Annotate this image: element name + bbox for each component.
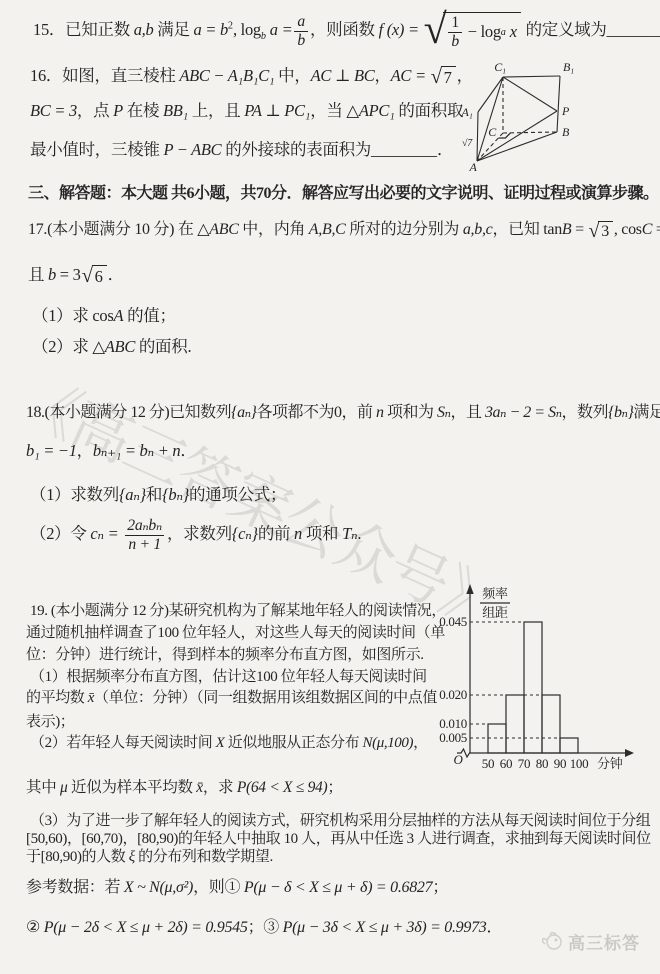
math-run: {aₙ} <box>119 485 146 504</box>
text-run: 满足 <box>153 20 193 39</box>
math-run: P(μ − δ < X ≤ μ + δ) = 0.6827 <box>244 879 432 896</box>
math-run: ABC <box>209 221 238 238</box>
text-run: （单位：分钟）（同一组数据用该组数据区间的中点值 <box>94 690 437 706</box>
q19-line6: 表示)； <box>26 710 74 731</box>
text-run: （2）令 <box>30 524 90 543</box>
bar-70-80 <box>524 622 542 753</box>
q15-line: 15．已知正数 a,b 满足 a = b2, logb a =ab，则函数 f … <box>33 12 660 50</box>
bar-80-90 <box>542 695 560 753</box>
math-run: BB₁ <box>163 101 188 120</box>
q19-line7: （2）若年轻人每天阅读时间 X 近似地服从正态分布 N(μ,100)， <box>30 731 428 752</box>
text-run: 的定义域为 <box>522 20 607 39</box>
prism-figure: C₁ B₁ A₁ P C B A √7 <box>450 58 580 173</box>
ref-line2: ② P(μ − 2δ < X ≤ μ + 2δ) = 0.9545；③ P(μ … <box>26 914 502 937</box>
section-header: 三、解答题：本大题 共6小题，共70分．解答应写出必要的文字说明、证明过程或演算… <box>28 180 659 203</box>
text-run: （2）若年轻人每天阅读时间 <box>30 735 216 751</box>
histogram: 频率 组距 0.045 0.020 0.010 0.005 O 50 60 70… <box>437 580 647 780</box>
math-run: A <box>113 306 123 325</box>
answer-blank: ________ <box>607 20 660 39</box>
math-run: b <box>48 265 56 284</box>
footer-watermark-text: 高三标答 <box>568 929 640 954</box>
text-run: ． <box>180 441 196 460</box>
math-run: P − ABC <box>163 140 221 159</box>
math-run: − log <box>464 22 501 42</box>
fraction: 1b <box>448 14 462 50</box>
text-run: ，已知 tan <box>492 221 561 238</box>
math-run: x <box>506 22 517 42</box>
text-run: 17.(本小题满分 10 分) 在 △ <box>28 221 209 238</box>
text-run: （1）求数列 <box>30 485 119 504</box>
edge-c1a <box>477 77 503 161</box>
math-run: a = b <box>194 20 228 39</box>
y-axis-title-num: 频率 <box>482 586 508 601</box>
frac-num: 1 <box>448 14 462 32</box>
text-run: （2）求 △ <box>32 337 105 356</box>
x-tick-60: 60 <box>500 756 512 771</box>
text-run: 中，内角 <box>239 221 309 238</box>
math-run: P(μ − 3δ < X ≤ μ + 3δ) = 0.9973 <box>283 919 487 936</box>
text-run: 于[80,90)的人数 <box>26 849 129 865</box>
sqrt: √3 <box>589 221 613 241</box>
math-run: P(μ − 2δ < X ≤ μ + 2δ) = 0.9545 <box>44 919 248 936</box>
q19-line8: 其中 μ 近似为样本平均数 x̄，求 P(64 < X ≤ 94)； <box>26 775 343 797</box>
text-run: ，求 <box>203 779 237 796</box>
text-run: ，点 <box>77 101 113 120</box>
q18-line2: b₁ = −1，bₙ₊₁ = bₙ + n． <box>26 437 197 461</box>
x-tick-100: 100 <box>570 756 589 771</box>
q16-line1: 16．如图，直三棱柱 ABC − A₁B₁C₁ 中，AC ⊥ BC，AC = √… <box>30 62 473 88</box>
text-run: 满足 <box>633 404 660 421</box>
text-run: ，则① <box>193 879 244 896</box>
publisher-logo-icon <box>538 928 568 954</box>
text-run: 各项都不为0，前 <box>256 404 376 421</box>
text-run: ，求数列 <box>167 524 232 543</box>
math-run: b₁ = −1 <box>26 441 77 460</box>
q18-line1: 18.(本小题满分 12 分)已知数列{aₙ}各项都不为0，前 n 项和为 Sₙ… <box>26 399 660 422</box>
math-run: Tₙ <box>342 524 357 543</box>
text-run: = <box>652 221 660 238</box>
text-run: 18.(本小题满分 12 分)已知数列 <box>26 404 231 421</box>
text-run: 项和 <box>302 524 342 543</box>
math-run: n <box>294 524 302 543</box>
exam-page: 《高三答案公众号》 15．已知正数 a,b 满足 a = b2, logb a … <box>0 0 660 974</box>
text-run: 的值； <box>123 306 175 325</box>
fraction: ab <box>294 13 308 49</box>
text-run: 中， <box>274 66 310 85</box>
text-run: 最小值时，三棱锥 <box>30 140 163 159</box>
text-run: 且 <box>28 265 48 284</box>
text-run: = <box>571 221 587 238</box>
vertex-label-c1: C₁ <box>494 60 506 74</box>
text-run: 近似地服从正态分布 <box>224 735 362 751</box>
x-tick-90: 90 <box>554 756 566 771</box>
edge-a1c1 <box>478 77 503 112</box>
text-run: ． <box>108 265 124 284</box>
q17-line1: 17.(本小题满分 10 分) 在 △ABC 中，内角 A,B,C 所对的边分别… <box>28 213 660 248</box>
q18-item1: （1）求数列{aₙ}和{bₙ}的通项公式； <box>30 481 286 505</box>
math-run: AC ⊥ BC <box>311 66 375 85</box>
text-run: 的分布列和数学期望. <box>135 849 273 865</box>
math-run: PA ⊥ PC₁ <box>244 101 310 120</box>
vertex-label-a1: A₁ <box>461 105 473 119</box>
y-tick-0010: 0.010 <box>439 716 467 731</box>
vertex-label-a: A <box>468 160 477 174</box>
math-run: X ~ N(μ,σ²) <box>124 879 193 896</box>
radicand: 1b − loga x <box>443 12 520 50</box>
text-run: 近似为样本平均数 <box>67 779 196 796</box>
text-run: ，当 △ <box>310 101 359 120</box>
q19-line2: 通过随机抽样调查了100 位年轻人，对这些人每天的阅读时间（单 <box>26 621 445 642</box>
math-run: BC = 3 <box>30 101 77 120</box>
vertex-label-p: P <box>561 104 570 118</box>
text-run: , cos <box>614 221 642 238</box>
math-run: {bₙ} <box>608 404 633 421</box>
text-run: 和 <box>146 485 162 504</box>
math-run: Sₙ <box>437 404 450 421</box>
vertex-label-b: B <box>562 125 570 139</box>
text-run: 所对的边分别为 <box>346 221 463 238</box>
text-run: ，则函数 <box>310 20 379 39</box>
x-axis-arrow <box>625 749 634 757</box>
edge-c1b1 <box>503 76 560 77</box>
text-run: . <box>357 524 361 543</box>
frac-den: b <box>294 31 308 50</box>
q19-line11: 于[80,90)的人数 ξ 的分布列和数学期望. <box>26 845 273 866</box>
text-run: ． <box>486 919 502 936</box>
text-run: ； <box>432 879 448 896</box>
text-run: 16．如图，直三棱柱 <box>30 66 179 85</box>
q17-item1: （1）求 cosA 的值； <box>32 302 176 326</box>
text-run: ； <box>327 779 342 796</box>
text-run: ；③ <box>248 919 283 936</box>
text-run: 的平均数 <box>26 690 88 706</box>
y-tick-0005: 0.005 <box>439 730 467 745</box>
text-run: 15．已知正数 <box>33 20 134 39</box>
frac-num: 2aₙbₙ <box>124 517 165 535</box>
q19-line5: 的平均数 x̄（单位：分钟）（同一组数据用该组数据区间的中点值 <box>26 686 437 707</box>
math-run: a,b,c <box>463 221 493 238</box>
x-tick-80: 80 <box>536 756 548 771</box>
frac-den: b <box>448 32 462 51</box>
y-axis-arrow <box>466 584 473 594</box>
text-run: 上，且 <box>188 101 244 120</box>
y-tick-0045: 0.045 <box>439 614 467 629</box>
math-run: C <box>642 221 652 238</box>
edge-b1b <box>557 76 560 132</box>
x-tick-50: 50 <box>482 756 494 771</box>
origin-label: O <box>453 752 463 767</box>
text-run: ② <box>26 919 44 936</box>
sqrt: √1b − loga x <box>424 12 521 50</box>
frac-num: a <box>294 13 308 31</box>
radicand: 3 <box>598 221 613 241</box>
math-run: f (x) = <box>379 20 423 39</box>
math-run: x̄ <box>196 779 203 796</box>
text-run: ， <box>77 441 93 460</box>
edge-cb-dashed <box>503 132 557 133</box>
text-run: 的面积. <box>135 337 191 356</box>
q19-line4: （1）根据频率分布直方图，估计这100 位年轻人每天阅读时间 <box>30 665 427 686</box>
text-run: ， <box>374 66 390 85</box>
radicand: 6 <box>92 265 107 287</box>
q17-line2: 且 b = 3√6． <box>28 261 124 287</box>
text-run: , log <box>233 20 261 39</box>
text-run: 的通项公式； <box>189 485 286 504</box>
math-run: N(μ,100) <box>363 735 414 751</box>
ref-line1: 参考数据：若 X ~ N(μ,σ²)，则① P(μ − δ < X ≤ μ + … <box>26 874 448 897</box>
math-run: a,b <box>134 20 154 39</box>
math-run: P <box>113 101 123 120</box>
text-run: （1）求 cos <box>32 306 113 325</box>
edge-a1a <box>477 112 478 161</box>
vertex-label-c: C <box>488 125 497 139</box>
math-run: ABC <box>105 337 135 356</box>
text-run: 其中 <box>26 779 60 796</box>
math-run: B <box>562 221 571 238</box>
q16-line3: 最小值时，三棱锥 P − ABC 的外接球的表面积为________． <box>30 136 453 160</box>
math-run: {cₙ} <box>232 524 258 543</box>
math-run: APC₁ <box>359 101 395 120</box>
q18-item2: （2）令 cₙ = 2aₙbₙn + 1，求数列{cₙ}的前 n 项和 Tₙ. <box>30 517 361 553</box>
math-run: 3aₙ − 2 = Sₙ <box>485 404 562 421</box>
math-run: {bₙ} <box>162 485 189 504</box>
y-axis-title-den: 组距 <box>482 605 508 620</box>
footer-watermark: 高三标答 <box>538 928 640 954</box>
edge-c1p <box>503 77 557 111</box>
text-run: 的外接球的表面积为 <box>221 140 371 159</box>
y-tick-0020: 0.020 <box>439 687 467 702</box>
text-run: ，数列 <box>562 404 609 421</box>
text-run: 参考数据：若 <box>26 879 124 896</box>
math-run: ABC − A₁B₁C₁ <box>179 66 274 85</box>
x-tick-70: 70 <box>518 756 530 771</box>
bar-60-70 <box>506 695 524 753</box>
q17-item2: （2）求 △ABC 的面积. <box>32 333 191 357</box>
edge-length-label: √7 <box>462 138 473 149</box>
vertex-label-b1: B₁ <box>563 60 574 74</box>
frac-den: n + 1 <box>125 535 164 554</box>
math-run: {aₙ} <box>231 404 256 421</box>
text-run: 的前 <box>258 524 294 543</box>
math-run: P(64 < X ≤ 94) <box>237 779 328 796</box>
text-run: ， <box>413 735 428 751</box>
text-run: 在棱 <box>123 101 163 120</box>
fraction: 2aₙbₙn + 1 <box>124 517 165 553</box>
math-run: AC = <box>391 66 430 85</box>
q16-line2: BC = 3，点 P 在棱 BB₁ 上，且 PA ⊥ PC₁，当 △APC₁ 的… <box>30 97 463 121</box>
text-run: 项和为 <box>383 404 437 421</box>
sqrt: √6 <box>82 265 107 287</box>
math-run: A,B,C <box>309 221 346 238</box>
math-run: bₙ₊₁ = bₙ + n <box>93 441 180 460</box>
math-run: a = <box>266 20 292 39</box>
text-run: ，且 <box>450 404 485 421</box>
math-run: cₙ = <box>90 524 122 543</box>
q19-line1: 19. (本小题满分 12 分)某研究机构为了解某地年轻人的阅读情况， <box>30 599 446 620</box>
x-axis-unit: 分钟 <box>597 756 623 771</box>
text-run: = 3 <box>56 265 81 284</box>
answer-blank: ________ <box>371 140 437 159</box>
q19-line3: 位：分钟）进行统计，得到样本的频率分布直方图，如图所示. <box>26 643 424 664</box>
bar-90-100 <box>560 738 578 753</box>
